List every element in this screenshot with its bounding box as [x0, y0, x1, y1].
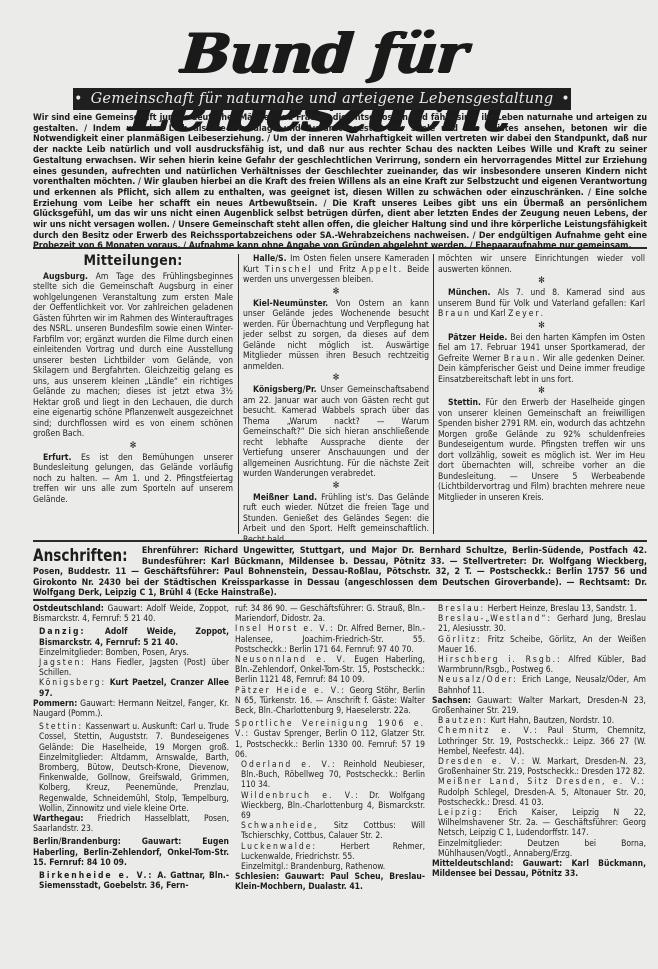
directory-entry: Luckenwalde: Herbert Rehmer, Luckenwalde…: [241, 842, 425, 862]
asterism-icon: ✻: [243, 481, 429, 492]
directory-entry: Schlesien: Gauwart: Paul Scheu, Breslau-…: [235, 872, 425, 892]
group-label: Neusalz/Oder:: [438, 675, 518, 685]
directory-entry: Neusonnland e. V. Eugen Haberling, Bln.-…: [235, 655, 425, 686]
group-label: Insel Horst e. V.:: [235, 624, 335, 634]
news-place: Halle/S.: [253, 254, 287, 264]
directory-entry: Sachsen: Gauwart: Walter Markart, Dresde…: [432, 696, 646, 716]
divider-rule: [33, 599, 647, 601]
fallen-name: Braun: [438, 309, 471, 319]
asterism-icon: ✻: [438, 276, 645, 287]
news-text: Für den Erwerb der Haselheide gingen von…: [438, 398, 645, 503]
entry-text: Kurt Hahn, Bautzen, Nordstr. 10.: [488, 716, 614, 726]
asterism-icon: ✻: [438, 386, 645, 397]
news-text: und Karl: [471, 309, 508, 319]
group-label: Königsberg:: [39, 678, 106, 688]
subtitle-banner: • Gemeinschaft für naturnahe und arteige…: [73, 88, 571, 110]
news-place: Augsburg.: [43, 272, 88, 282]
directory-entry: Jagsten: Hans Fiedler, Jagsten (Post) üb…: [39, 658, 229, 678]
group-label: Neusonnland e. V.: [235, 655, 347, 665]
group-label: Wildenbruch e. V.:: [241, 791, 360, 801]
directory-entry: Birkenheide e. V.: A. Gattnar, Bln.-Siem…: [39, 871, 229, 891]
directory-entry: Bautzen: Kurt Hahn, Bautzen, Nordstr. 10…: [438, 716, 646, 726]
directory-entry: Einzelmitglieder: Deutzen bei Borna, Müh…: [438, 839, 646, 859]
directory-entry: Wildenbruch e. V.: Dr. Wolfgang Wieckber…: [241, 791, 425, 822]
asterism-icon: ✻: [243, 287, 429, 298]
news-text: Am Tage des Frühlingsbeginnes stellte si…: [33, 272, 233, 440]
news-text: möchten wir unsere Einrichtungen wieder …: [438, 254, 645, 275]
directory-entry: Breslau: Herbert Heinze, Breslau 13, San…: [438, 604, 646, 614]
mission-statement: Wir sind eine Gemeinschaft junger deutsc…: [33, 113, 647, 252]
group-label: Danzig:: [39, 627, 86, 637]
directory-entry: Stettin: Kassenwart u. Auskunft: Carl u.…: [39, 722, 229, 814]
directory-entry: Warthegau: Friedrich Hasselblatt, Posen,…: [33, 814, 229, 834]
group-label: Meißner Land, Sitz Dresden, e. V.:: [438, 777, 646, 787]
directory-entry: ruf: 34 86 90. — Geschäftsführer: G. Str…: [235, 604, 425, 624]
news-item: Meißner Land. Frühling ist's. Das Geländ…: [243, 493, 429, 546]
directory-entry: Ostdeutschland: Gauwart: Adolf Weide, Zo…: [33, 604, 229, 624]
directory-entry: Neusalz/Oder: Erich Lange, Neusalz/Oder,…: [438, 675, 646, 695]
news-item: Augsburg. Am Tage des Frühlingsbeginnes …: [33, 272, 233, 440]
region-label: Mitteldeutschland:: [432, 859, 513, 869]
region-label: Berlin/Brandenburg:: [33, 837, 121, 847]
entry-text: Gustav Sprenger, Berlin O 112, Glatzer S…: [235, 729, 425, 759]
directory-entry: Leipzig: Erich Kaiser, Leipzig N 22, Wil…: [438, 808, 646, 839]
group-label: Dresden e. V.:: [438, 757, 526, 767]
news-item: Pätzer Heide. Bei den harten Kämpfen im …: [438, 333, 645, 386]
group-label: Birkenheide e. V.:: [39, 871, 153, 881]
fallen-name: Zeyer: [508, 309, 541, 319]
news-column-3: möchten wir unsere Einrichtungen wieder …: [438, 254, 645, 503]
directory-entry: Sportliche Vereinigung 1906 e. V.: Gusta…: [235, 719, 425, 760]
region-label: Pommern:: [33, 699, 77, 709]
news-item: möchten wir unsere Einrichtungen wieder …: [438, 254, 645, 275]
news-text: .: [541, 309, 543, 319]
entry-text: Einzelmitglieder: Deutzen bei Borna, Müh…: [438, 839, 646, 859]
directory-entry: Görlitz: Fritz Scheibe, Görlitz, An der …: [438, 635, 646, 655]
directory-entry: Berlin/Brandenburg: Gauwart: Eugen Haber…: [33, 837, 229, 868]
directory-entry: Mitteldeutschland: Gauwart: Karl Bückman…: [432, 859, 646, 879]
news-item: Kiel-Neumünster. Von Ostern an kann unse…: [243, 299, 429, 373]
divider-rule: [33, 247, 647, 249]
news-column-2: Halle/S. Im Osten fielen unsere Kamerade…: [243, 254, 429, 545]
group-label: Görlitz:: [438, 635, 482, 645]
directory-entry: Einzelmitgl.: Brandenburg, Rathenow.: [241, 862, 425, 872]
directory-column-3: Breslau: Herbert Heinze, Breslau 13, San…: [432, 604, 646, 882]
directory-entry: Königsberg: Kurt Paetzel, Cranzer Allee …: [39, 678, 229, 698]
directory-entry: Chemnitz e. V.: Paul Sturm, Chemnitz, Lo…: [438, 726, 646, 757]
region-label: Schlesien:: [235, 872, 279, 882]
column-divider: [238, 254, 239, 534]
group-label: Hirschberg i. Rsgb.:: [438, 655, 562, 665]
group-label: Oderland e. V.:: [241, 760, 337, 770]
news-column-1: Mitteilungen: Augsburg. Am Tage des Früh…: [33, 252, 233, 505]
directory-entry: Einzelmitglieder: Bomben, Posen, Arys.: [39, 648, 229, 658]
news-item: Königsberg/Pr. Unser Gemeinschaftsabend …: [243, 385, 429, 480]
entry-text: Herbert Heinze, Breslau 13, Sandstr. 1.: [485, 604, 636, 614]
news-item: Halle/S. Im Osten fielen unsere Kamerade…: [243, 254, 429, 286]
asterism-icon: ✻: [33, 441, 233, 452]
directory-entry: Hirschberg i. Rsgb.: Alfred Kübler, Bad …: [438, 655, 646, 675]
column-divider: [433, 254, 434, 534]
directory-entry: Schwanheide, Sitz Cottbus: Will Tschiers…: [241, 821, 425, 841]
entry-text: Einzelmitgl.: Brandenburg, Rathenow.: [241, 862, 385, 872]
news-place: Meißner Land.: [253, 493, 317, 503]
region-label: Warthegau:: [33, 814, 84, 824]
divider-rule: [33, 540, 647, 542]
region-label: Sachsen:: [432, 696, 471, 706]
directory-entry: Breslau-„Westland“: Gerhard Jung, Bresla…: [438, 614, 646, 634]
news-text: Von Ostern an kann unser Gelände jedes W…: [243, 299, 429, 372]
entry-text: Einzelmitglieder: Bomben, Posen, Arys.: [39, 648, 189, 658]
group-label: Schwanheide,: [241, 821, 318, 831]
news-text: Unser Gemeinschaftsabend am 22. Januar w…: [243, 385, 429, 479]
news-place: Stettin.: [448, 398, 481, 408]
directory-entry: Dresden e. V.: W. Markart, Dresden-N. 23…: [438, 757, 646, 777]
directory-entry: Pommern: Gauwart: Hermann Neitzel, Fange…: [33, 699, 229, 719]
directory-column-2: ruf: 34 86 90. — Geschäftsführer: G. Str…: [235, 604, 425, 896]
directory-entry: Danzig: Adolf Weide, Zoppot, Bismarckstr…: [39, 627, 229, 647]
news-item: Erfurt. Es ist den Bemühungen unserer Bu…: [33, 453, 233, 506]
news-place: München.: [448, 288, 490, 298]
news-item: München. Als 7. und 8. Kamerad sind aus …: [438, 288, 645, 320]
entry-text: ruf: 34 86 90. — Geschäftsführer: G. Str…: [235, 604, 425, 624]
news-place: Erfurt.: [43, 453, 71, 463]
news-place: Pätzer Heide.: [448, 333, 507, 343]
group-label: Breslau-„Westland“:: [438, 614, 552, 624]
fallen-name: Tinschel: [265, 265, 313, 275]
bullet-ornament-icon: •: [74, 91, 82, 107]
group-label: Pätzer Heide e. V.:: [235, 686, 346, 696]
asterism-icon: ✻: [438, 321, 645, 332]
section-heading-anschriften: Anschriften:: [33, 547, 128, 565]
directory-entry: Insel Horst e. V.: Dr. Alfred Berner, Bl…: [235, 624, 425, 655]
addresses-block: Anschriften: Ehrenführer: Richard Ungewi…: [33, 546, 647, 599]
asterism-icon: ✻: [243, 373, 429, 384]
newsletter-page: Bund für Leibeszucht • Gemeinschaft für …: [0, 0, 658, 969]
directory-entry: Pätzer Heide e. V.: Georg Stöhr, Berlin …: [235, 686, 425, 717]
group-label: Chemnitz e. V.:: [438, 726, 539, 736]
news-item: Stettin. Für den Erwerb der Haselheide g…: [438, 398, 645, 503]
bullet-ornament-icon: •: [561, 91, 569, 107]
group-label: Luckenwalde:: [241, 842, 317, 852]
group-label: Bautzen:: [438, 716, 488, 726]
directory-column-1: Ostdeutschland: Gauwart: Adolf Weide, Zo…: [33, 604, 229, 891]
news-place: Kiel-Neumünster.: [253, 299, 328, 309]
section-heading-mitteilungen: Mitteilungen:: [43, 256, 223, 267]
directory-entry: Oderland e. V.: Reinhold Neubieser, Bln.…: [241, 760, 425, 791]
fallen-name: Braun: [504, 354, 537, 364]
directory-entry: Meißner Land, Sitz Dresden, e. V.: Rudol…: [438, 777, 646, 808]
region-label: Ostdeutschland:: [33, 604, 104, 614]
news-text: und Fritz: [312, 265, 361, 275]
fallen-name: Appelt: [362, 265, 399, 275]
group-label: Jagsten:: [39, 658, 86, 668]
entry-text: Rudolph Schlegel, Dresden-A. 5, Altonaue…: [438, 788, 646, 808]
group-label: Stettin:: [39, 722, 83, 732]
news-place: Königsberg/Pr.: [253, 385, 317, 395]
group-label: Breslau:: [438, 604, 485, 614]
entry-text: Kassenwart u. Auskunft: Carl u. Trude Co…: [39, 722, 229, 814]
group-label: Leipzig:: [438, 808, 483, 818]
subtitle-text: Gemeinschaft für naturnahe und arteigene…: [91, 91, 554, 107]
